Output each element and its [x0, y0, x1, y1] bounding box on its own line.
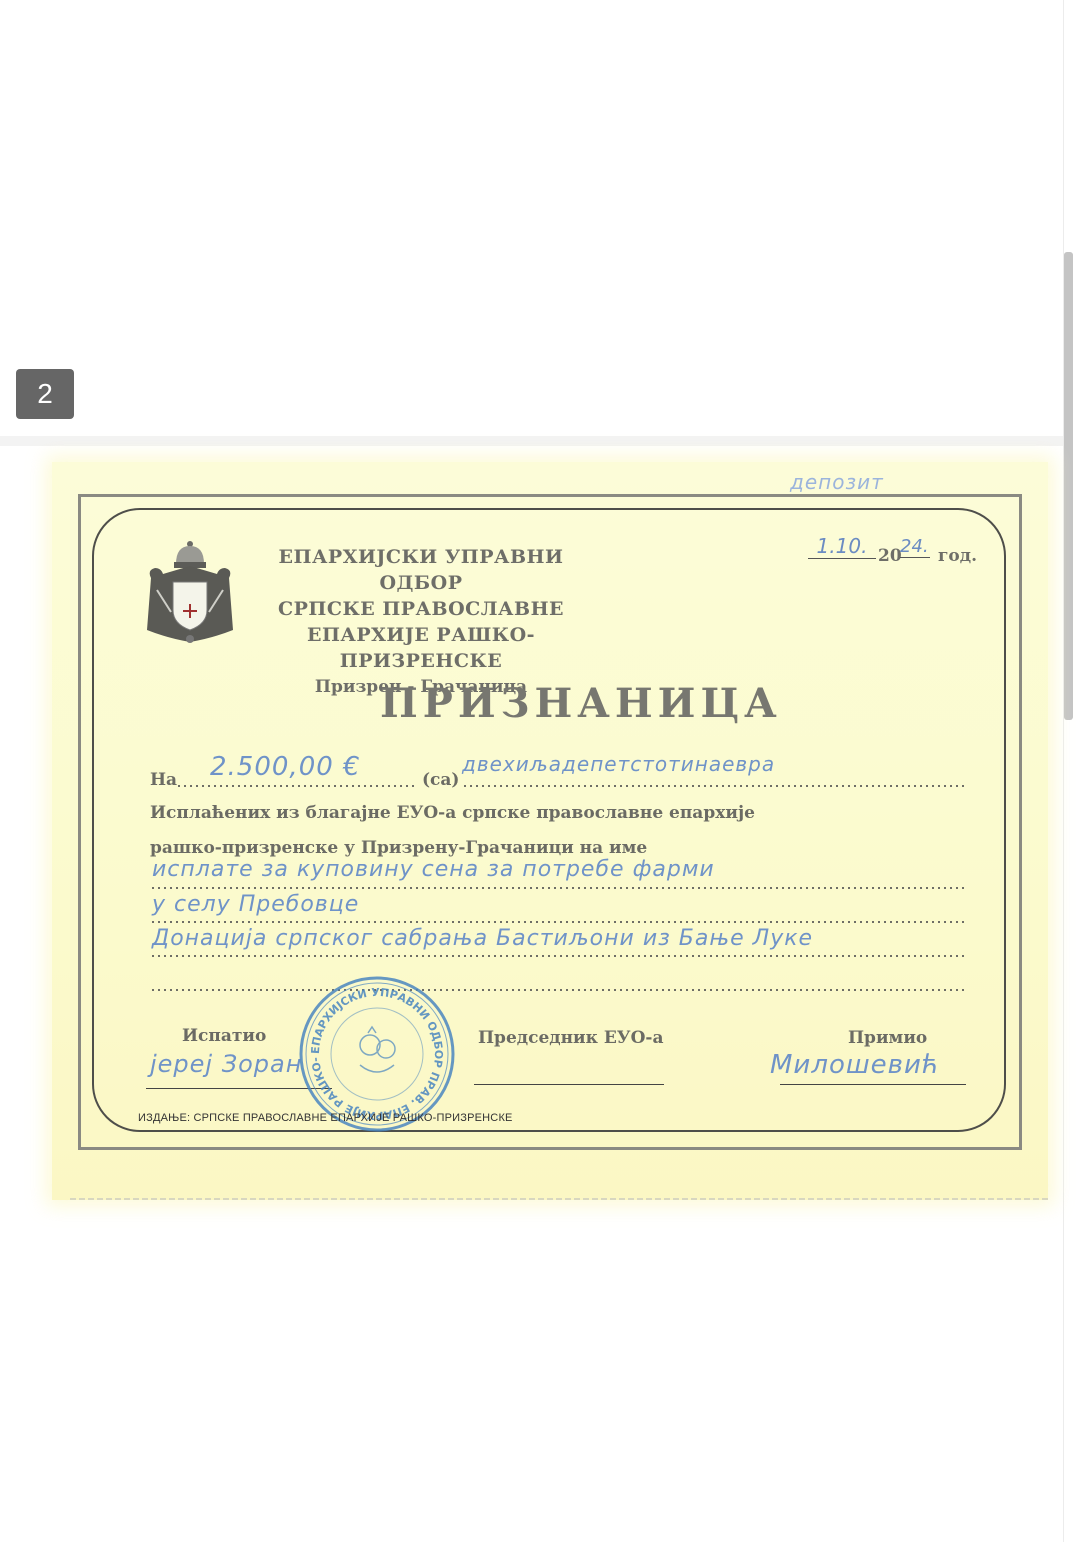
coat-of-arms-icon	[143, 538, 237, 648]
date-suffix-label: год.	[938, 546, 977, 566]
purpose-dotted-line-3	[152, 955, 964, 957]
date-year-suffix: 24.	[900, 536, 930, 558]
president-label: Председник ЕУО-а	[478, 1028, 663, 1048]
organization-header: ЕПАРХИЈСКИ УПРАВНИ ОДБОР СРПСКЕ ПРАВОСЛА…	[236, 544, 606, 700]
purpose-dotted-line-2	[152, 921, 964, 923]
amount-dotted-line	[178, 785, 418, 787]
paid-by-signature: јереј Зоран	[150, 1050, 302, 1078]
page-number-badge: 2	[16, 369, 74, 419]
body-text-line2: рашко-призренске у Призрену-Грачаници на…	[150, 838, 647, 858]
received-by-signature-line	[780, 1084, 966, 1085]
purpose-line-1: исплате за куповину сена за потребе фарм…	[152, 857, 715, 882]
purpose-line-2: у селу Пребовце	[152, 892, 359, 917]
purpose-dotted-line-1	[152, 887, 964, 889]
purpose-line-3: Донација српског сабрања Бастиљони из Ба…	[152, 926, 813, 951]
body-text-line1: Исплаћених из благајне ЕУО-а српске прав…	[150, 803, 755, 823]
page-separator	[0, 436, 1063, 446]
org-name-line1: ЕПАРХИЈСКИ УПРАВНИ ОДБОР	[236, 544, 606, 596]
date-year-prefix: 20	[878, 546, 902, 566]
date-day-month: 1.10.	[808, 534, 876, 559]
amount-words-dotted-line	[464, 785, 964, 787]
official-stamp-icon: ЕПАРХИЈСКИ УПРАВНИ ОДБОР ПРАВ. ЕПАРХИЈЕ …	[298, 975, 456, 1133]
amount-in-words: двехиљадепетстотинаевра	[462, 752, 775, 776]
received-by-signature: Милошевић	[770, 1050, 940, 1080]
org-name-line3: ЕПАРХИЈЕ РАШКО-ПРИЗРЕНСКЕ	[236, 622, 606, 674]
document-title: ПРИЗНАНИЦА	[380, 680, 770, 727]
org-name-line2: СРПСКЕ ПРАВОСЛАВНЕ	[236, 596, 606, 622]
purpose-dotted-line-4	[152, 989, 964, 991]
receipt-date: 1.10. 20 24. год.	[808, 538, 988, 568]
scrollbar-thumb[interactable]	[1064, 252, 1073, 720]
paid-by-label: Испатио	[182, 1026, 266, 1046]
received-by-label: Примио	[848, 1028, 927, 1048]
amount-value: 2.500,00 €	[210, 752, 361, 782]
deposit-handwritten-note: депозит	[790, 470, 884, 494]
paper-edge	[70, 1198, 1050, 1200]
amount-label-sa: (са)	[422, 770, 459, 790]
scrollbar-track[interactable]	[1063, 0, 1080, 1542]
president-signature-line	[474, 1084, 664, 1085]
publisher-footer: ИЗДАЊЕ: СРПСКЕ ПРАВОСЛАВНЕ ЕПАРХИЈЕ РАШК…	[138, 1112, 513, 1124]
amount-label-na: На	[150, 770, 177, 790]
